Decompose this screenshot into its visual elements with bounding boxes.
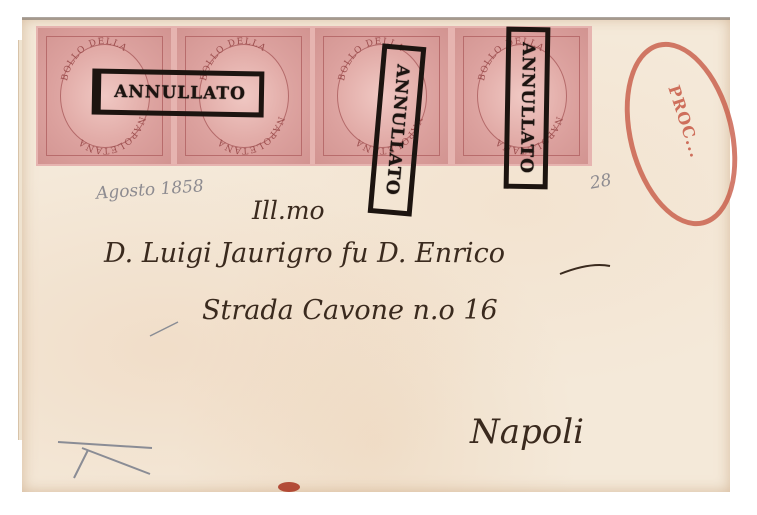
cover-top-edge: [22, 17, 730, 20]
address-city: Napoli: [470, 412, 584, 452]
annullato-cancellation: ANNULLATO: [504, 27, 551, 190]
svg-text:NAPOLETANA: NAPOLETANA: [216, 115, 286, 155]
red-wax-stain: [278, 482, 300, 492]
svg-text:NAPOLETANA: NAPOLETANA: [77, 115, 147, 155]
address-recipient: D. Luigi Jaurigro fu D. Enrico: [104, 238, 505, 269]
annullato-cancellation: ANNULLATO: [92, 69, 265, 118]
address-salutation: Ill.mo: [252, 196, 325, 225]
pencil-mark: 28: [588, 170, 613, 193]
address-street: Strada Cavone n.o 16: [202, 295, 498, 326]
